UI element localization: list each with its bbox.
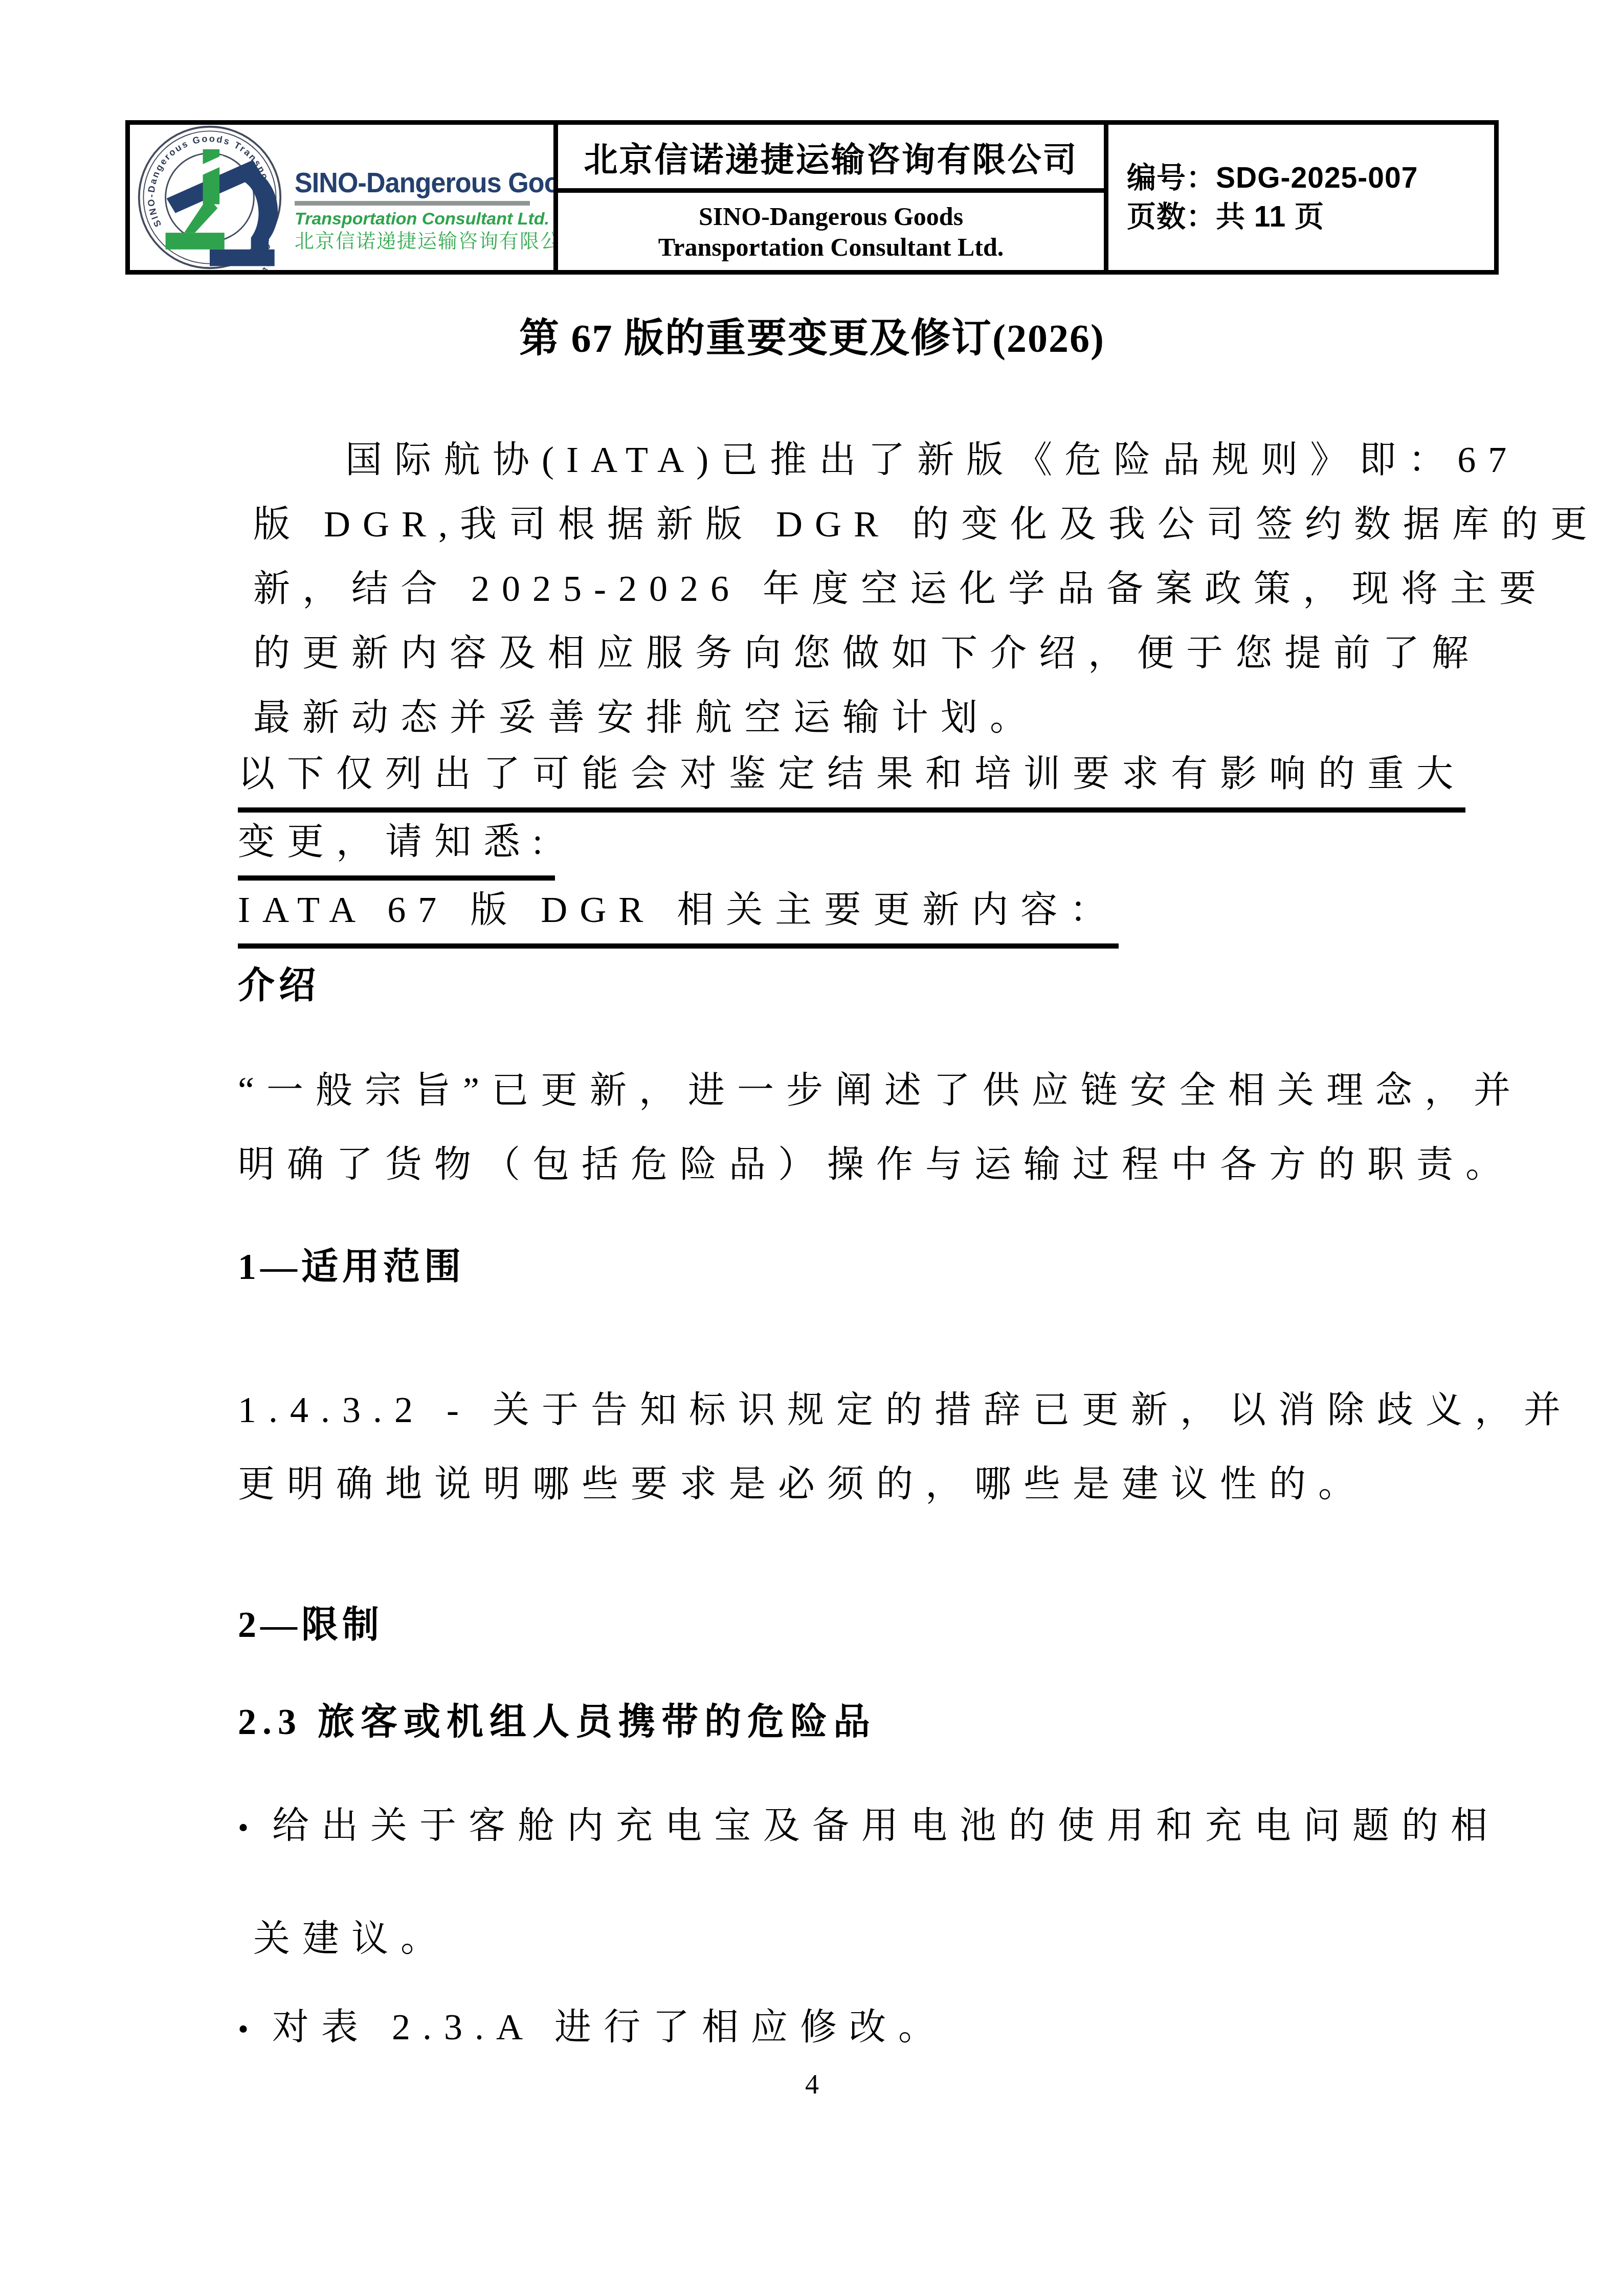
para1-line4: 的更新内容及相应服务向您做如下介绍，便于您提前了解 (253, 629, 1499, 678)
heading-limit: 2—限制 (238, 1601, 1499, 1649)
notice-line1-text: 以下仅列出了可能会对鉴定结果和培训要求有影响的重大 (238, 750, 1465, 813)
bullet-icon: • (238, 1811, 272, 1844)
bullet1-line2: 关建议。 (253, 1915, 1499, 1963)
para1-line2: 版 DGR,我司根据新版 DGR 的变化及我公司签约数据库的更 (253, 500, 1499, 549)
notice-line2-text: 变更，请知悉: (238, 818, 555, 881)
logo-wordmark-cn: 北京信诺递捷运输咨询有限公司 (295, 229, 553, 254)
doc-meta-cell: 编号：SDG-2025-007 页数：共 11 页 (1104, 125, 1494, 270)
para3-line1: 1.4.3.2 - 关于告知标识规定的措辞已更新，以消除歧义，并 (238, 1386, 1499, 1434)
company-name-cell: 北京信诺递捷运输咨询有限公司 SINO-Dangerous Goods Tran… (553, 125, 1104, 270)
bullet-icon: • (238, 2012, 272, 2046)
page-number: 4 (125, 2066, 1499, 2102)
bullet1-line1: •给出关于客舱内充电宝及备用电池的使用和充电问题的相 (238, 1802, 1499, 1852)
para1-line3: 新，结合 2025-2026 年度空运化学品备案政策，现将主要 (253, 565, 1499, 613)
logo-wordmark-en-bottom: Transportation Consultant Ltd. (295, 209, 553, 229)
para1-line5: 最新动态并妥善安排航空运输计划。 (253, 693, 1499, 742)
logo-wordmark-en-top: SINO-Dangerous Goods (295, 168, 553, 197)
logo-seal-icon: SINO-Dangerous Goods Transportation Cons… (136, 125, 283, 270)
company-logo: SINO-Dangerous Goods Transportation Cons… (130, 125, 553, 270)
doc-page-count: 页数：共 11 页 (1127, 197, 1494, 236)
document-title: 第 67 版的重要变更及修订(2026) (125, 313, 1499, 364)
para2-line1: “一般宗旨”已更新，进一步阐述了供应链安全相关理念，并 (238, 1066, 1499, 1115)
notice-line2: 变更，请知悉: (238, 818, 1499, 881)
logo-divider-rule (295, 201, 530, 206)
doc-number: 编号：SDG-2025-007 (1127, 159, 1494, 197)
company-name-en-line2: Transportation Consultant Ltd. (658, 232, 1004, 262)
heading-intro: 介绍 (238, 961, 1499, 1010)
para2-line2: 明确了货物（包括危险品）操作与运输过程中各方的职责。 (238, 1140, 1499, 1189)
notice-line3: IATA 67 版 DGR 相关主要更新内容： (238, 886, 1499, 949)
company-name-en: SINO-Dangerous Goods Transportation Cons… (558, 193, 1104, 270)
para3-line2: 更明确地说明哪些要求是必须的，哪些是建议性的。 (238, 1460, 1499, 1509)
heading-scope: 1—适用范围 (238, 1243, 1499, 1291)
document-page: SINO-Dangerous Goods Transportation Cons… (0, 0, 1624, 2296)
bullet1-line1-text: 给出关于客舱内充电宝及备用电池的使用和充电问题的相 (272, 1805, 1500, 1846)
bullet2-line1-text: 对表 2.3.A 进行了相应修改。 (272, 2007, 947, 2047)
company-name-en-line1: SINO-Dangerous Goods (699, 201, 963, 232)
bullet2-line1: •对表 2.3.A 进行了相应修改。 (238, 2003, 1499, 2054)
para1-line1: 国际航协(IATA)已推出了新版《危险品规则》即：67 (253, 436, 1499, 484)
document-body: 国际航协(IATA)已推出了新版《危险品规则》即：67版 DGR,我司根据新版 … (238, 436, 1499, 2054)
company-name-cn: 北京信诺递捷运输咨询有限公司 (558, 125, 1104, 193)
notice-line1: 以下仅列出了可能会对鉴定结果和培训要求有影响的重大 (238, 750, 1499, 813)
logo-wordmark: SINO-Dangerous Goods Transportation Cons… (295, 168, 553, 254)
notice-line3-text: IATA 67 版 DGR 相关主要更新内容： (238, 886, 1119, 949)
heading-2-3: 2.3 旅客或机组人员携带的危险品 (238, 1698, 1499, 1746)
header-table: SINO-Dangerous Goods Transportation Cons… (125, 120, 1499, 275)
